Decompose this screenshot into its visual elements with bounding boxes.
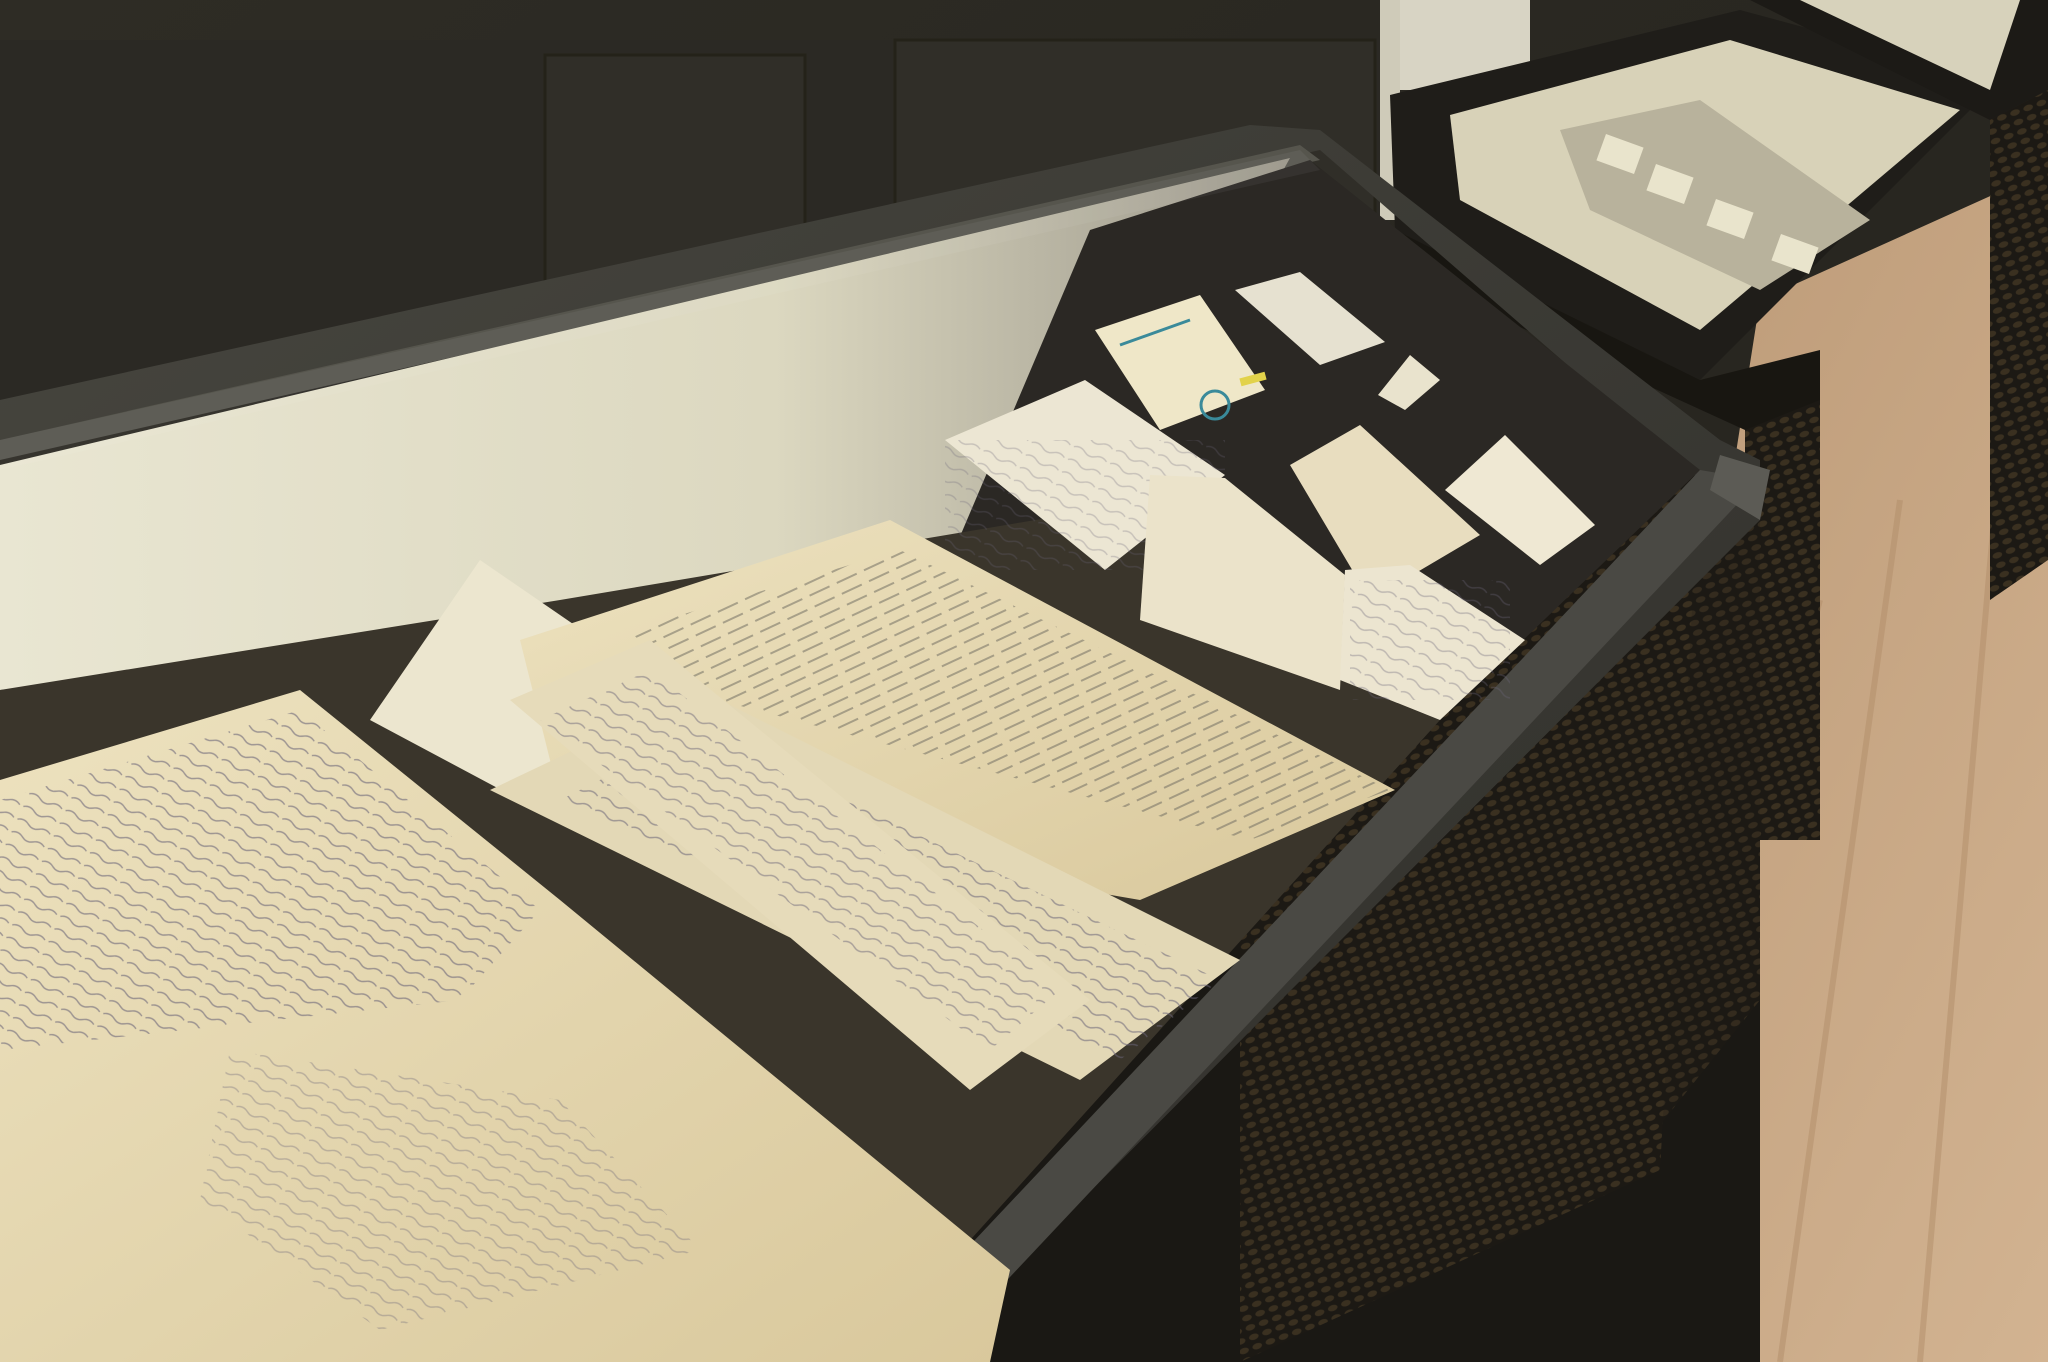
photo-svg xyxy=(0,0,2048,1362)
museum-scene: Museum display cases with handwritten an… xyxy=(0,0,2048,1362)
